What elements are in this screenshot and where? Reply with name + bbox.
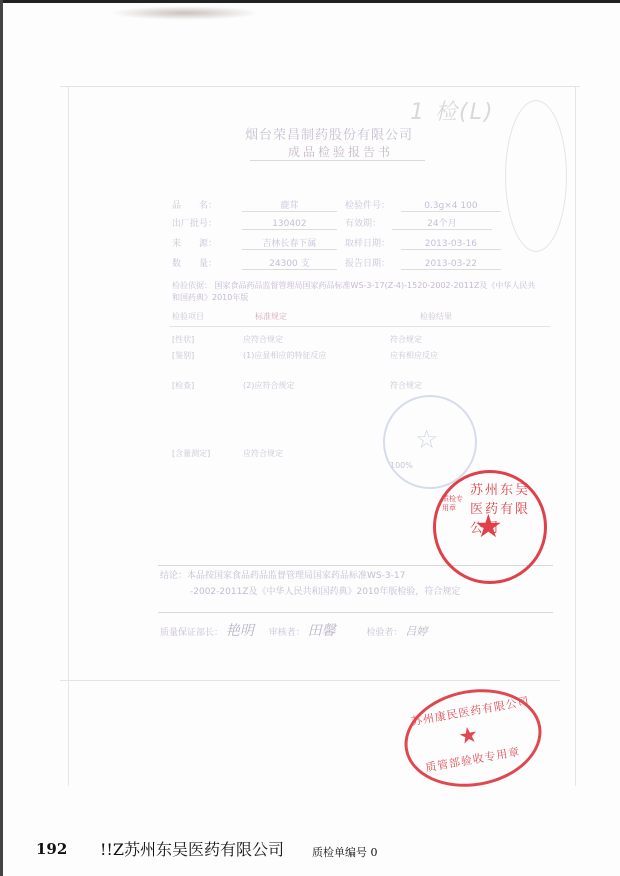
field-value: 130402 — [242, 219, 337, 230]
field-label: 有效期： — [345, 219, 381, 229]
item-standard: 应符合规定 — [243, 448, 373, 460]
items-header-standard: 标准规定 — [255, 311, 287, 323]
basis-label: 检验依据： — [172, 281, 212, 290]
field-report-date: 报告日期： 2013-03-22 — [345, 256, 501, 270]
star-icon: ☆ — [415, 425, 438, 455]
header-divider — [170, 326, 550, 327]
items-header-item: 检验项目 — [172, 311, 204, 323]
inspection-basis: 检验依据： 国家食品药品监督管理局国家药品标准WS-3-17(Z-4)-1520… — [172, 280, 542, 304]
field-quantity: 数 量： 24300 支 — [172, 256, 337, 270]
field-value: 0.3g×4 100 — [401, 201, 501, 212]
field-expiry: 有效期： 24个月 — [345, 216, 492, 230]
field-label: 来 源： — [172, 239, 217, 249]
field-value: 吉林长春下属 — [242, 236, 337, 250]
frame-line — [60, 86, 580, 87]
item-standard: (2)应符合规定 — [243, 380, 373, 392]
field-label: 取样日期： — [345, 239, 390, 249]
field-value: 鹿茸 — [242, 198, 337, 212]
handwritten-note: 1 检(L) — [410, 95, 494, 126]
field-value: 24个月 — [392, 216, 492, 230]
red-round-stamp: 苏州东吴医药有限公司 质检专用章 ★ — [433, 470, 547, 584]
stamp-inner-text: 质检专用章 — [442, 495, 464, 513]
qa-label: 质量保证部长： — [160, 628, 223, 638]
signers-divider — [158, 612, 553, 613]
field-label: 品 名： — [172, 201, 217, 211]
basis-text: 国家食品药品监督管理局国家药品标准WS-3-17(Z-4)-1520-2002-… — [172, 281, 535, 302]
field-sampling-date: 取样日期： 2013-03-16 — [345, 236, 501, 250]
star-icon: ★ — [474, 507, 503, 545]
field-label: 报告日期： — [345, 259, 390, 269]
qc-number-label: 质检单编号 0 — [312, 844, 378, 860]
conclusion-line: 本品按国家食品药品监督管理局国家药品标准WS-3-17 — [187, 571, 405, 581]
faint-blue-stamp: ☆ — [383, 395, 477, 489]
conclusion-line: -2002-2011Z及《中华人民共和国药典》2010年版检验，符合规定 — [160, 584, 550, 600]
reviewer-label: 审核者： — [269, 628, 305, 638]
scan-edge — [0, 0, 3, 876]
frame-line — [575, 86, 576, 786]
document-title: 成品检验报告书 — [288, 143, 393, 160]
frame-line — [60, 680, 560, 681]
red-oval-stamp: 苏州康民医药有限公司 ★ 质管部验收专用章 — [397, 679, 550, 798]
footer-company: !!Z苏州东吴医药有限公司 — [100, 837, 284, 860]
field-source: 来 源： 吉林长春下属 — [172, 236, 337, 250]
item-label: [性状] — [172, 334, 194, 346]
field-spec: 检验件号： 0.3g×4 100 — [345, 198, 501, 212]
field-value: 2013-03-22 — [401, 259, 501, 270]
item-standard: (1)应显相应的特征反应 — [243, 350, 373, 362]
field-label: 出厂批号： — [172, 219, 217, 229]
item-label: [含量测定] — [172, 448, 210, 460]
item-result: 应有相应反应 — [390, 350, 530, 362]
scan-smudge — [110, 6, 260, 20]
footer: 192 !!Z苏州东吴医药有限公司 质检单编号 0 — [0, 820, 620, 860]
frame-line — [68, 86, 69, 786]
qa-signature: 艳明 — [226, 623, 254, 639]
field-label: 数 量： — [172, 259, 217, 269]
conclusion-label: 结论： — [160, 571, 187, 581]
title-underline — [250, 160, 425, 161]
reviewer-signature: 田馨 — [308, 623, 336, 639]
inspector-label: 检验者： — [367, 628, 403, 638]
star-icon: ★ — [457, 722, 481, 750]
item-result: 符合规定 — [390, 334, 422, 346]
page-number: 192 — [36, 840, 67, 858]
item-result: 符合规定 — [390, 380, 422, 392]
item-label: [鉴别] — [172, 350, 194, 362]
item-standard: 应符合规定 — [243, 334, 283, 346]
scan-edge — [0, 0, 620, 3]
field-value: 24300 支 — [242, 256, 337, 270]
inspector-signature: 吕婷 — [405, 625, 427, 638]
items-header-result: 检验结果 — [420, 311, 452, 323]
signers-row: 质量保证部长： 艳明 审核者： 田馨 检验者： 吕婷 — [160, 620, 427, 640]
field-product-name: 品 名： 鹿茸 — [172, 198, 337, 212]
document-company: 烟台荣昌制药股份有限公司 — [245, 124, 413, 143]
field-value: 2013-03-16 — [401, 239, 501, 250]
field-label: 检验件号： — [345, 201, 390, 211]
field-batch-no: 出厂批号： 130402 — [172, 216, 337, 230]
faint-stamp-outline — [505, 100, 567, 252]
item-label: [检查] — [172, 380, 194, 392]
